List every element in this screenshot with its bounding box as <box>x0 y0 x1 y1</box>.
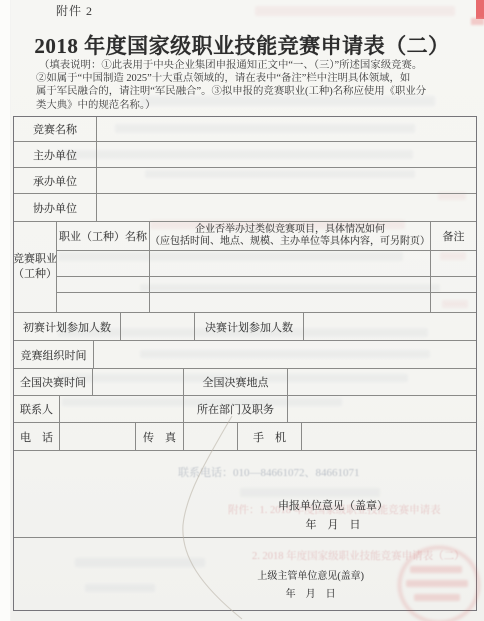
national-final-time-label: 全国决赛时间 <box>14 369 93 395</box>
contact-field <box>60 396 184 422</box>
bleedthrough-smudge <box>255 6 455 16</box>
red-corner-tab-fringe <box>471 18 484 25</box>
row-supervisor-opinion: 上级主管单位意见(盖章) 年 月 日 <box>14 538 476 610</box>
host-unit-field <box>97 142 476 167</box>
similar-competition-field <box>150 251 431 276</box>
row-participants: 初赛计划参加人数 决赛计划参加人数 <box>14 313 476 341</box>
competition-name-label: 竞赛名称 <box>14 117 97 141</box>
applicant-date-label: 年 月 日 <box>278 516 388 532</box>
occupation-empty-row <box>57 293 476 312</box>
occupation-section-label: 竞赛职业 （工种） <box>14 222 57 312</box>
instruction-line: 类大典》中的规范名称。） <box>36 99 456 112</box>
fax-field <box>184 423 238 450</box>
organizer-unit-label: 承办单位 <box>14 168 97 193</box>
attachment-label: 附件 2 <box>56 2 93 19</box>
applicant-opinion-label: 申报单位意见（盖章） <box>278 497 388 513</box>
phone-field <box>60 423 136 450</box>
mobile-label: 手 机 <box>238 423 302 450</box>
fax-label: 传 真 <box>136 423 184 450</box>
co-organizer-unit-label: 协办单位 <box>14 194 97 221</box>
remark-field <box>431 293 476 312</box>
applicant-opinion-cell: 申报单位意见（盖章） 年 月 日 <box>14 451 476 537</box>
remark-field <box>431 251 476 276</box>
row-contact: 联系人 所在部门及职务 <box>14 396 476 423</box>
row-competition-name: 竞赛名称 <box>14 117 476 142</box>
host-unit-label: 主办单位 <box>14 142 97 167</box>
occupation-header-row: 职业（工种）名称 企业否举办过类似竞赛项目，具体情况如何 （应包括时间、地点、规… <box>57 222 476 251</box>
national-final-place-field <box>288 369 476 395</box>
supervisor-date-label: 年 月 日 <box>257 585 364 600</box>
preliminary-participants-label: 初赛计划参加人数 <box>14 313 121 340</box>
occupation-name-header: 职业（工种）名称 <box>57 222 150 250</box>
instruction-line: ②如属于“中国制造 2025”十大重点领域的，请在表中“备注”栏中注明具体领域，… <box>36 72 456 85</box>
scan-edge-strip <box>0 0 11 621</box>
department-label: 所在部门及职务 <box>184 396 288 422</box>
competition-name-field <box>97 117 476 141</box>
final-participants-label: 决赛计划参加人数 <box>195 313 304 340</box>
similar-competition-field <box>150 277 431 292</box>
final-participants-field <box>304 313 476 340</box>
mobile-field <box>302 423 476 450</box>
occupation-empty-row <box>57 251 476 277</box>
similar-competition-header: 企业否举办过类似竞赛项目，具体情况如何 （应包括时间、地点、规模、主办单位等具体… <box>150 222 431 250</box>
row-host-unit: 主办单位 <box>14 142 476 168</box>
occupation-empty-row <box>57 277 476 293</box>
department-field <box>288 396 476 422</box>
supervisor-opinion-cell: 上级主管单位意见(盖章) 年 月 日 <box>14 538 476 610</box>
red-corner-tab <box>476 0 484 19</box>
organization-time-field <box>94 341 476 368</box>
row-national-final: 全国决赛时间 全国决赛地点 <box>14 369 476 396</box>
fill-instructions: （填表说明：①此表用于中央企业集团申报通知正文中“一、（三）”所述国家级竞赛。 … <box>36 59 456 112</box>
occupation-subtable: 职业（工种）名称 企业否举办过类似竞赛项目，具体情况如何 （应包括时间、地点、规… <box>57 222 476 312</box>
national-final-place-label: 全国决赛地点 <box>184 369 288 395</box>
organizer-unit-field <box>97 168 476 193</box>
scanned-page: 附件 2 2018 年度国家级职业技能竞赛申请表（二） （填表说明：①此表用于中… <box>0 0 484 621</box>
occupation-name-field <box>57 277 150 292</box>
instruction-line: 属于军民融合的，请注明“军民融合”。③拟申报的竞赛职业(工种)名称应使用《职业分 <box>36 85 456 98</box>
row-organization-time: 竞赛组织时间 <box>14 341 476 369</box>
preliminary-participants-field <box>121 313 195 340</box>
form-table: 竞赛名称 主办单位 承办单位 协办单位 竞赛职业 （工种） 职业（工种）名称 <box>13 116 477 611</box>
occupation-section: 竞赛职业 （工种） 职业（工种）名称 企业否举办过类似竞赛项目，具体情况如何 （… <box>14 222 476 313</box>
national-final-time-field <box>93 369 184 395</box>
remark-field <box>431 277 476 292</box>
phone-label: 电 话 <box>14 423 60 450</box>
occupation-name-field <box>57 293 150 312</box>
instruction-line: （填表说明：①此表用于中央企业集团申报通知正文中“一、（三）”所述国家级竞赛。 <box>36 59 456 72</box>
row-applicant-opinion: 申报单位意见（盖章） 年 月 日 <box>14 451 476 538</box>
contact-label: 联系人 <box>14 396 60 422</box>
remark-header: 备注 <box>431 222 476 250</box>
similar-competition-field <box>150 293 431 312</box>
page-title: 2018 年度国家级职业技能竞赛申请表（二） <box>0 30 484 60</box>
organization-time-label: 竞赛组织时间 <box>14 341 94 368</box>
row-phone-fax-mobile: 电 话 传 真 手 机 <box>14 423 476 451</box>
row-co-organizer-unit: 协办单位 <box>14 194 476 222</box>
occupation-name-field <box>57 251 150 276</box>
row-organizer-unit: 承办单位 <box>14 168 476 194</box>
supervisor-opinion-label: 上级主管单位意见(盖章) <box>257 567 364 582</box>
co-organizer-unit-field <box>97 194 476 221</box>
